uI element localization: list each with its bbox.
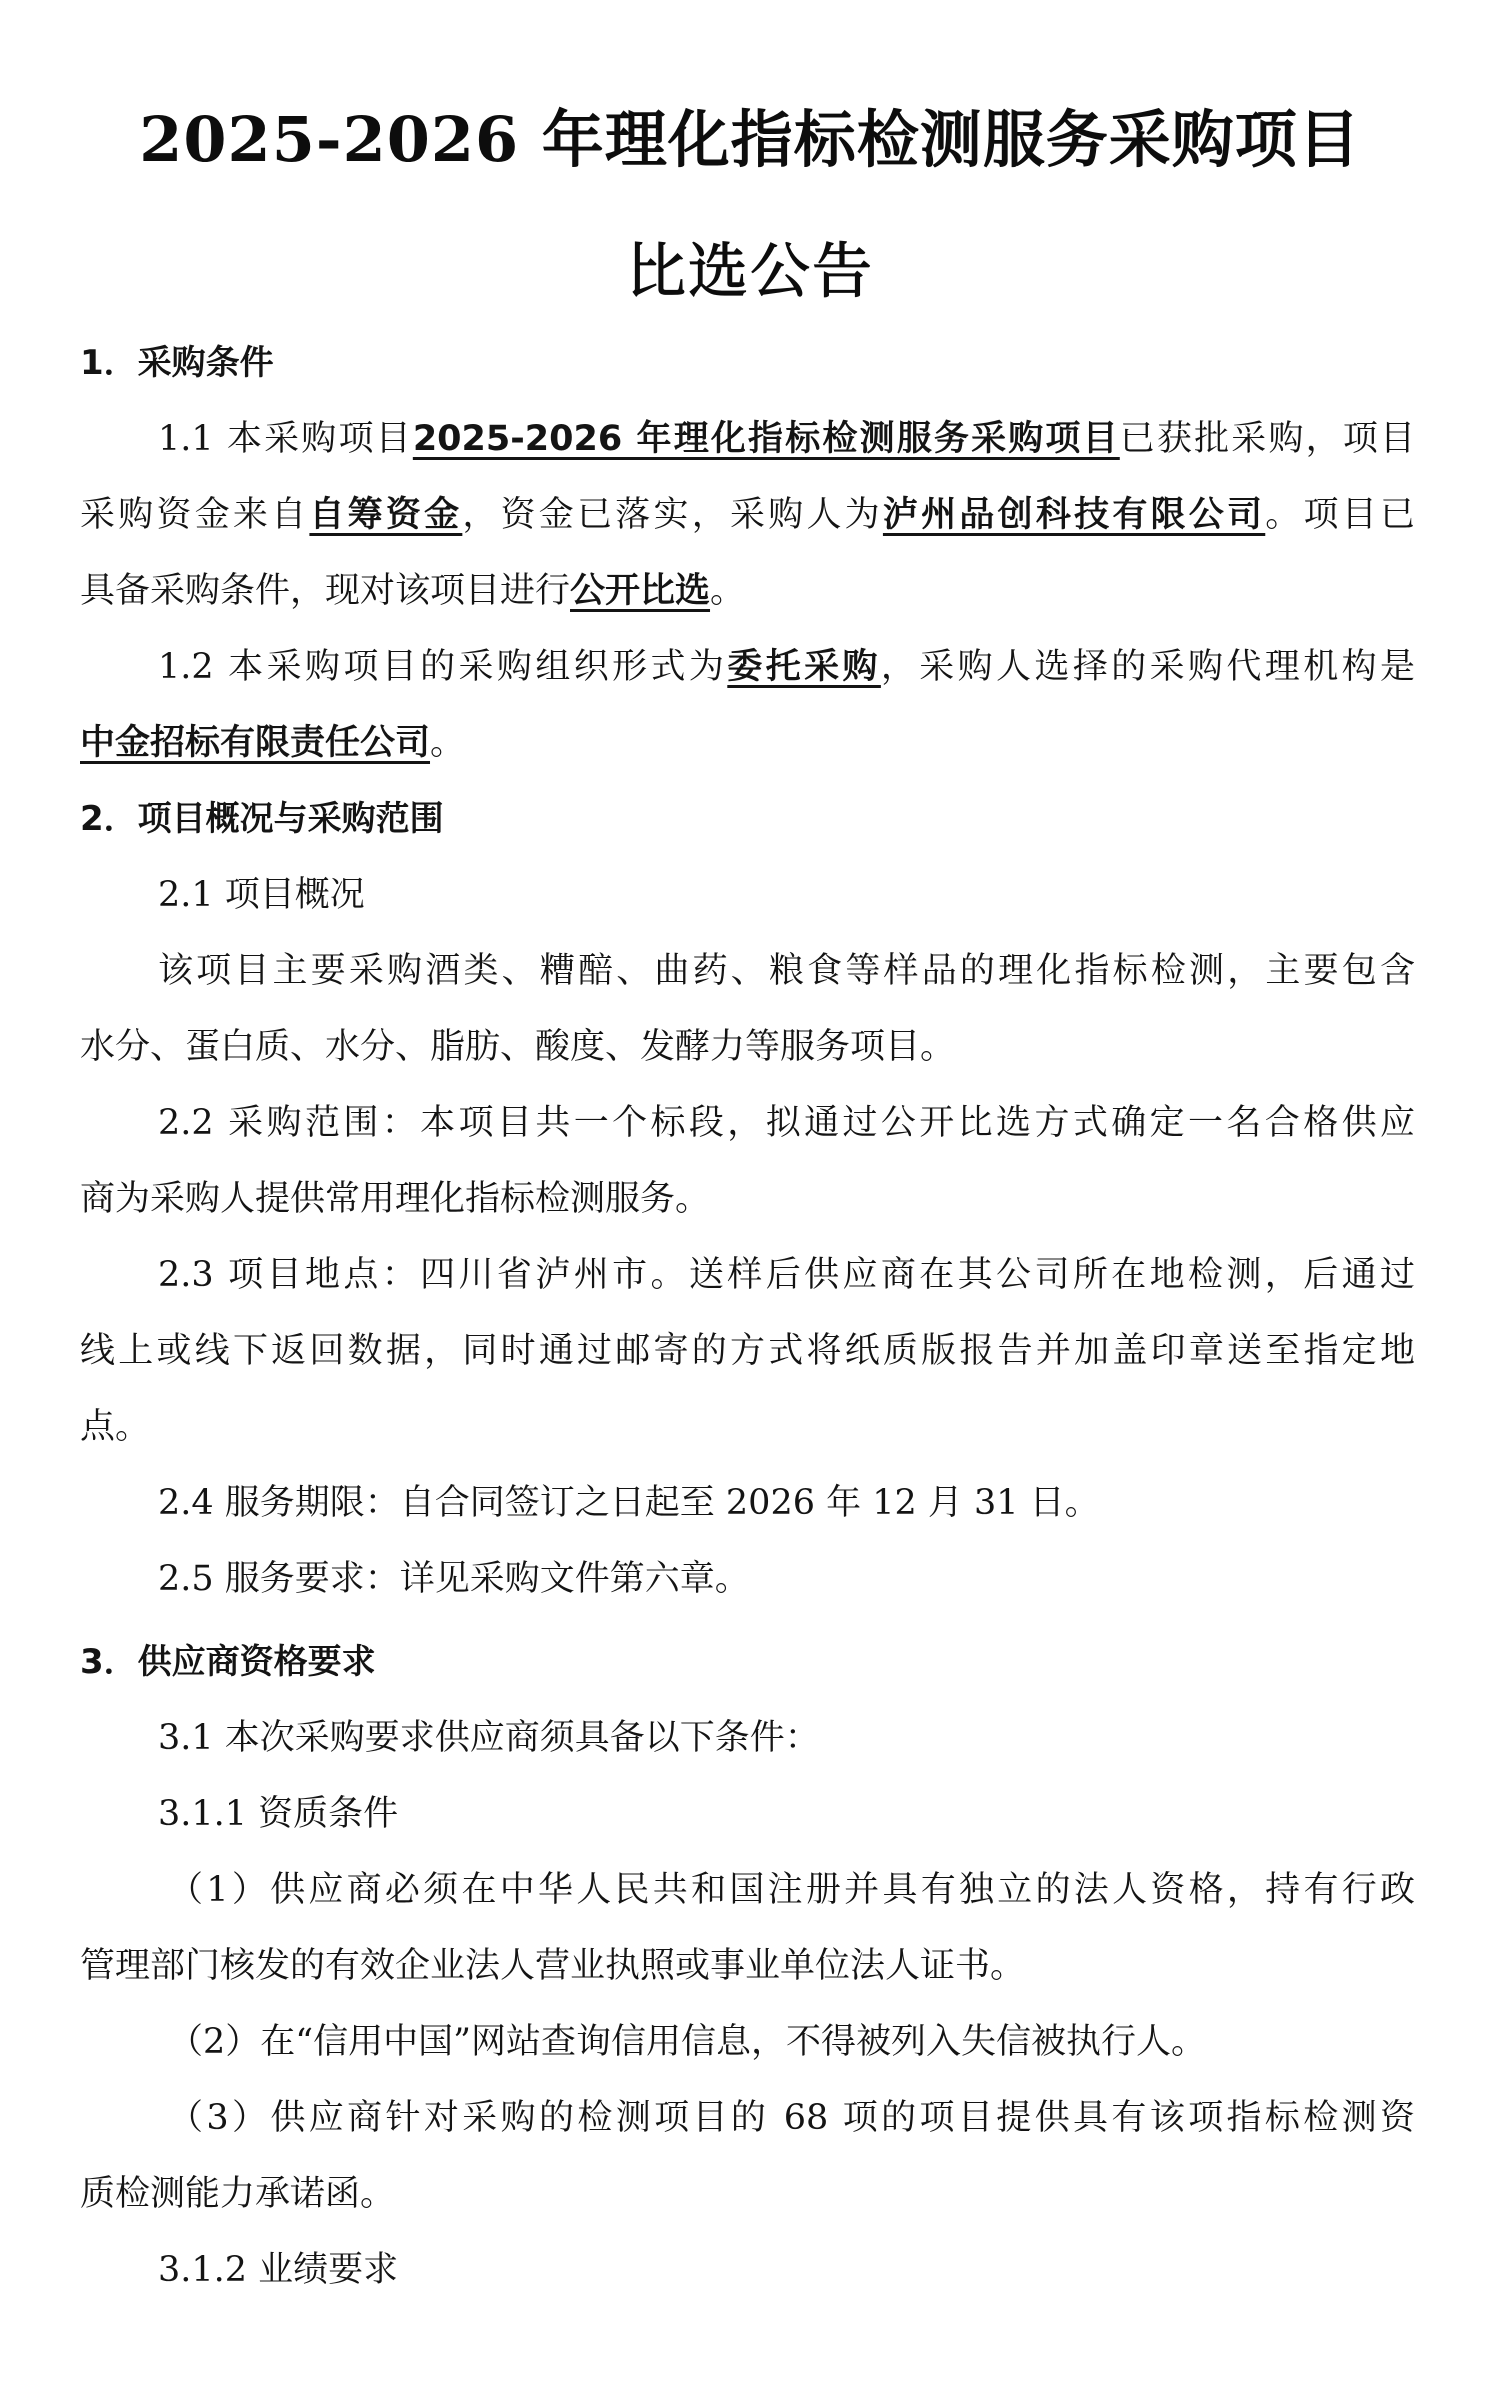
paragraph-2-5: 2.5 服务要求：详见采购文件第六章。 [158, 1541, 1415, 1617]
paragraph-2-3-line2: 线上或线下返回数据，同时通过邮寄的方式将纸质版报告并加盖印章送至指定地 [80, 1313, 1415, 1389]
text: ，资金已落实，采购人为 [462, 495, 883, 535]
text: 。 [710, 571, 745, 611]
section-heading-1: 1．采购条件 [80, 325, 1415, 401]
paragraph-1-2-line2: 中金招标有限责任公司。 [80, 705, 1415, 781]
condition-3-line1: （3）供应商针对采购的检测项目的 68 项的项目提供具有该项指标检测资 [168, 2080, 1415, 2156]
paragraph-1-1-line2: 采购资金来自自筹资金，资金已落实，采购人为泸州品创科技有限公司。项目已 [80, 477, 1415, 553]
condition-3-line2: 质检测能力承诺函。 [80, 2156, 1415, 2232]
paragraph-2-3-line1: 2.3 项目地点：四川省泸州市。送样后供应商在其公司所在地检测，后通过 [158, 1237, 1415, 1313]
paragraph-2-1-line2: 水分、蛋白质、水分、脂肪、酸度、发酵力等服务项目。 [80, 1009, 1415, 1085]
document-title-line1: 2025-2026 年理化指标检测服务采购项目 [0, 100, 1500, 180]
text: 。项目已 [1265, 495, 1415, 535]
text: 具备采购条件，现对该项目进行 [80, 571, 570, 611]
text: 1.2 本采购项目的采购组织形式为 [158, 647, 727, 687]
underlined-org-form: 委托采购 [727, 647, 881, 687]
text: 采购资金来自 [80, 495, 309, 535]
document-title-line2: 比选公告 [0, 232, 1500, 312]
underlined-agency: 中金招标有限责任公司 [80, 723, 430, 763]
subsection-2-1-title: 2.1 项目概况 [158, 857, 1415, 933]
paragraph-2-4: 2.4 服务期限：自合同签订之日起至 2026 年 12 月 31 日。 [158, 1465, 1415, 1541]
underlined-project-name: 2025-2026 年理化指标检测服务采购项目 [413, 419, 1120, 459]
underlined-purchaser: 泸州品创科技有限公司 [883, 495, 1265, 535]
condition-1-line2: 管理部门核发的有效企业法人营业执照或事业单位法人证书。 [80, 1928, 1415, 2004]
condition-2: （2）在“信用中国”网站查询信用信息，不得被列入失信被执行人。 [168, 2004, 1415, 2080]
paragraph-1-2-line1: 1.2 本采购项目的采购组织形式为委托采购，采购人选择的采购代理机构是 [158, 629, 1415, 705]
section-heading-2: 2．项目概况与采购范围 [80, 781, 1415, 857]
paragraph-1-1-line1: 1.1 本采购项目2025-2026 年理化指标检测服务采购项目已获批采购，项目 [158, 401, 1415, 477]
paragraph-3-1: 3.1 本次采购要求供应商须具备以下条件： [158, 1700, 1415, 1776]
subsection-3-1-1-title: 3.1.1 资质条件 [158, 1776, 1415, 1852]
paragraph-2-3-line3: 点。 [80, 1389, 1415, 1465]
paragraph-2-2-line2: 商为采购人提供常用理化指标检测服务。 [80, 1161, 1415, 1237]
paragraph-1-1-line3: 具备采购条件，现对该项目进行公开比选。 [80, 553, 1415, 629]
subsection-3-1-2-title: 3.1.2 业绩要求 [158, 2232, 1415, 2308]
text: ，采购人选择的采购代理机构是 [881, 647, 1415, 687]
underlined-method: 公开比选 [570, 571, 710, 611]
text: 。 [430, 723, 465, 763]
paragraph-2-2-line1: 2.2 采购范围：本项目共一个标段，拟通过公开比选方式确定一名合格供应 [158, 1085, 1415, 1161]
section-heading-3: 3．供应商资格要求 [80, 1624, 1415, 1700]
underlined-fund-source: 自筹资金 [309, 495, 462, 535]
text: 1.1 本采购项目 [158, 419, 413, 459]
condition-1-line1: （1）供应商必须在中华人民共和国注册并具有独立的法人资格，持有行政 [168, 1852, 1415, 1928]
text: 已获批采购，项目 [1120, 419, 1415, 459]
paragraph-2-1-line1: 该项目主要采购酒类、糟醅、曲药、粮食等样品的理化指标检测，主要包含 [158, 933, 1415, 1009]
